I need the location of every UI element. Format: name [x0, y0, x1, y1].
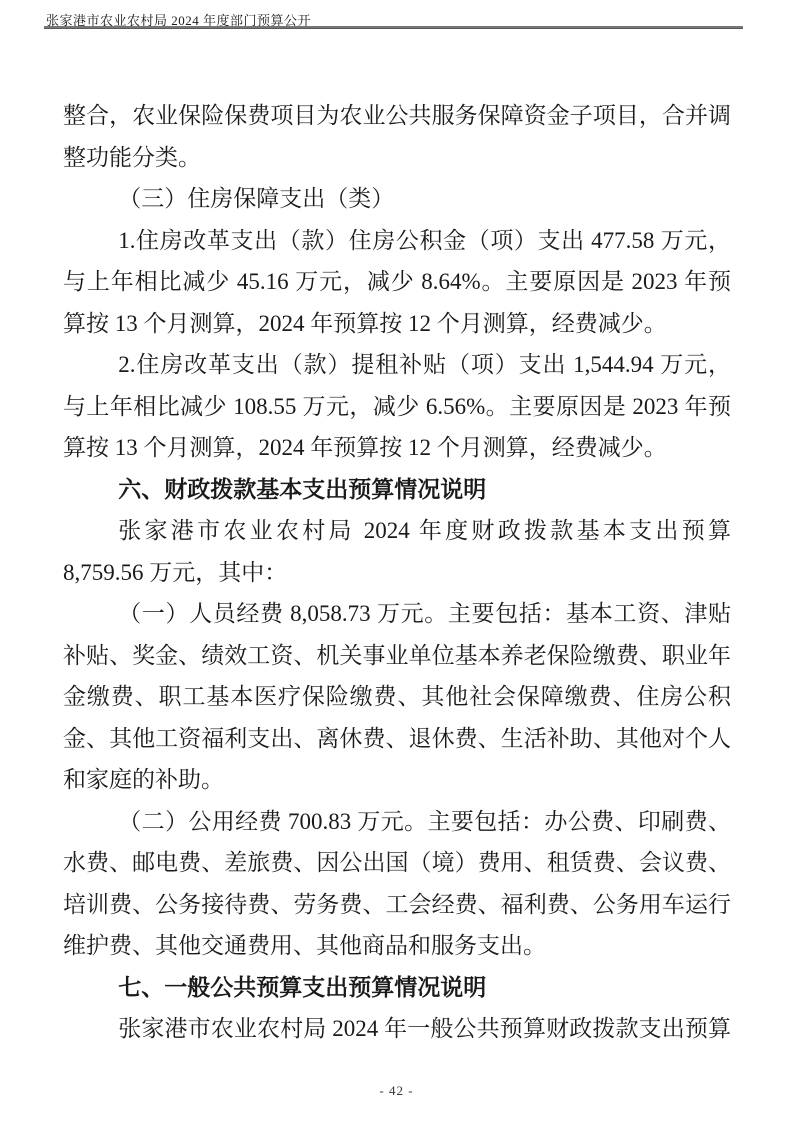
paragraph-rent-subsidy: 2.住房改革支出（款）提租补贴（项）支出 1,544.94 万元，与上年相比减少… [63, 344, 731, 469]
header-rule [44, 26, 743, 29]
paragraph-function-classification-continuation: 整合，农业保险保费项目为农业公共服务保障资金子项目，合并调整功能分类。 [63, 95, 731, 178]
page-number: - 42 - [0, 1083, 793, 1099]
paragraph-housing-provident-fund: 1.住房改革支出（款）住房公积金（项）支出 477.58 万元，与上年相比减少 … [63, 220, 731, 345]
subsection-housing-security-expenditure: （三）住房保障支出（类） [63, 178, 731, 220]
paragraph-public-expenses: （二）公用经费 700.83 万元。主要包括：办公费、印刷费、水费、邮电费、差旅… [63, 801, 731, 967]
document-body: 整合，农业保险保费项目为农业公共服务保障资金子项目，合并调整功能分类。 （三）住… [63, 95, 731, 1050]
document-page: 张家港市农业农村局 2024 年度部门预算公开 整合，农业保险保费项目为农业公共… [0, 0, 793, 1122]
paragraph-general-budget-intro: 张家港市农业农村局 2024 年一般公共预算财政拨款支出预算 [63, 1008, 731, 1050]
heading-basic-expenditure-budget: 六、财政拨款基本支出预算情况说明 [63, 469, 731, 511]
paragraph-personnel-expenses: （一）人员经费 8,058.73 万元。主要包括：基本工资、津贴补贴、奖金、绩效… [63, 593, 731, 801]
paragraph-basic-expenditure-total: 张家港市农业农村局 2024 年度财政拨款基本支出预算 8,759.56 万元，… [63, 510, 731, 593]
heading-general-public-budget: 七、一般公共预算支出预算情况说明 [63, 967, 731, 1009]
